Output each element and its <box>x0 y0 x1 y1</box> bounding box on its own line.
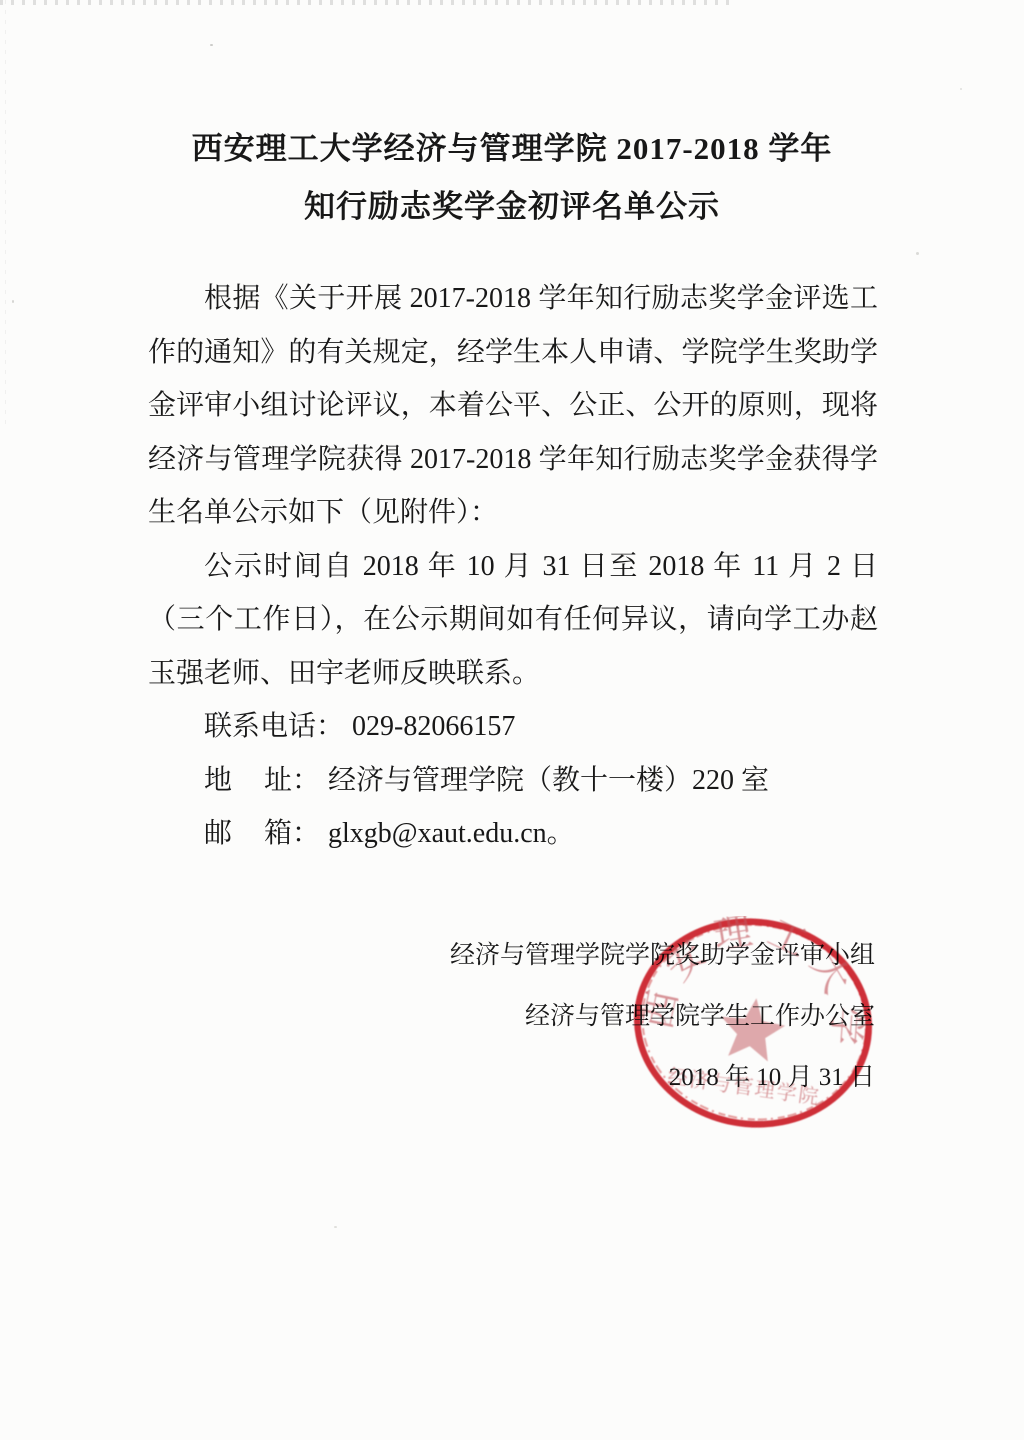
scan-speck <box>916 252 919 255</box>
contact-email-value: glxgb@xaut.edu.cn。 <box>328 818 575 849</box>
scan-speck <box>334 1226 337 1228</box>
contact-phone-line: 联系电话：029-82066157 <box>148 700 878 754</box>
signature-date: 2018 年 10 月 31 日 <box>450 1047 875 1108</box>
document-title-line1: 西安理工大学经济与管理学院 2017-2018 学年 <box>0 120 1024 178</box>
signature-office: 经济与管理学院学生工作办公室 <box>450 986 875 1047</box>
contact-phone-value: 029-82066157 <box>352 711 515 742</box>
scanned-announcement-page: 西安理工大学经济与管理学院 2017-2018 学年 知行励志奖学金初评名单公示… <box>0 0 1024 1440</box>
contact-address-label-rest: 址： <box>264 765 320 796</box>
contact-email-label-rest: 箱： <box>264 818 320 849</box>
contact-email-line: 邮箱：glxgb@xaut.edu.cn。 <box>148 807 878 861</box>
contact-address-value: 经济与管理学院（教十一楼）220 室 <box>328 765 769 796</box>
contact-phone-label: 联系电话： <box>204 711 344 742</box>
paragraph-basis: 根据《关于开展 2017-2018 学年知行励志奖学金评选工作的通知》的有关规定… <box>148 272 878 540</box>
scan-speck <box>12 300 14 303</box>
paragraph-publicity-period: 公示时间自 2018 年 10 月 31 日至 2018 年 11 月 2 日（… <box>148 540 878 701</box>
document-title: 西安理工大学经济与管理学院 2017-2018 学年 知行励志奖学金初评名单公示 <box>0 120 1024 236</box>
scan-speck <box>210 44 213 46</box>
signature-committee: 经济与管理学院学院奖助学金评审小组 <box>450 925 875 986</box>
scan-speck <box>960 88 962 90</box>
contact-address-label-first: 地 <box>204 765 232 796</box>
contact-email-label-first: 邮 <box>204 818 232 849</box>
document-title-line2: 知行励志奖学金初评名单公示 <box>0 178 1024 236</box>
contact-address-line: 地址：经济与管理学院（教十一楼）220 室 <box>148 754 878 808</box>
document-body: 根据《关于开展 2017-2018 学年知行励志奖学金评选工作的通知》的有关规定… <box>148 272 878 861</box>
scan-noise-top <box>0 0 737 5</box>
signature-block: 经济与管理学院学院奖助学金评审小组 经济与管理学院学生工作办公室 2018 年 … <box>450 925 875 1108</box>
